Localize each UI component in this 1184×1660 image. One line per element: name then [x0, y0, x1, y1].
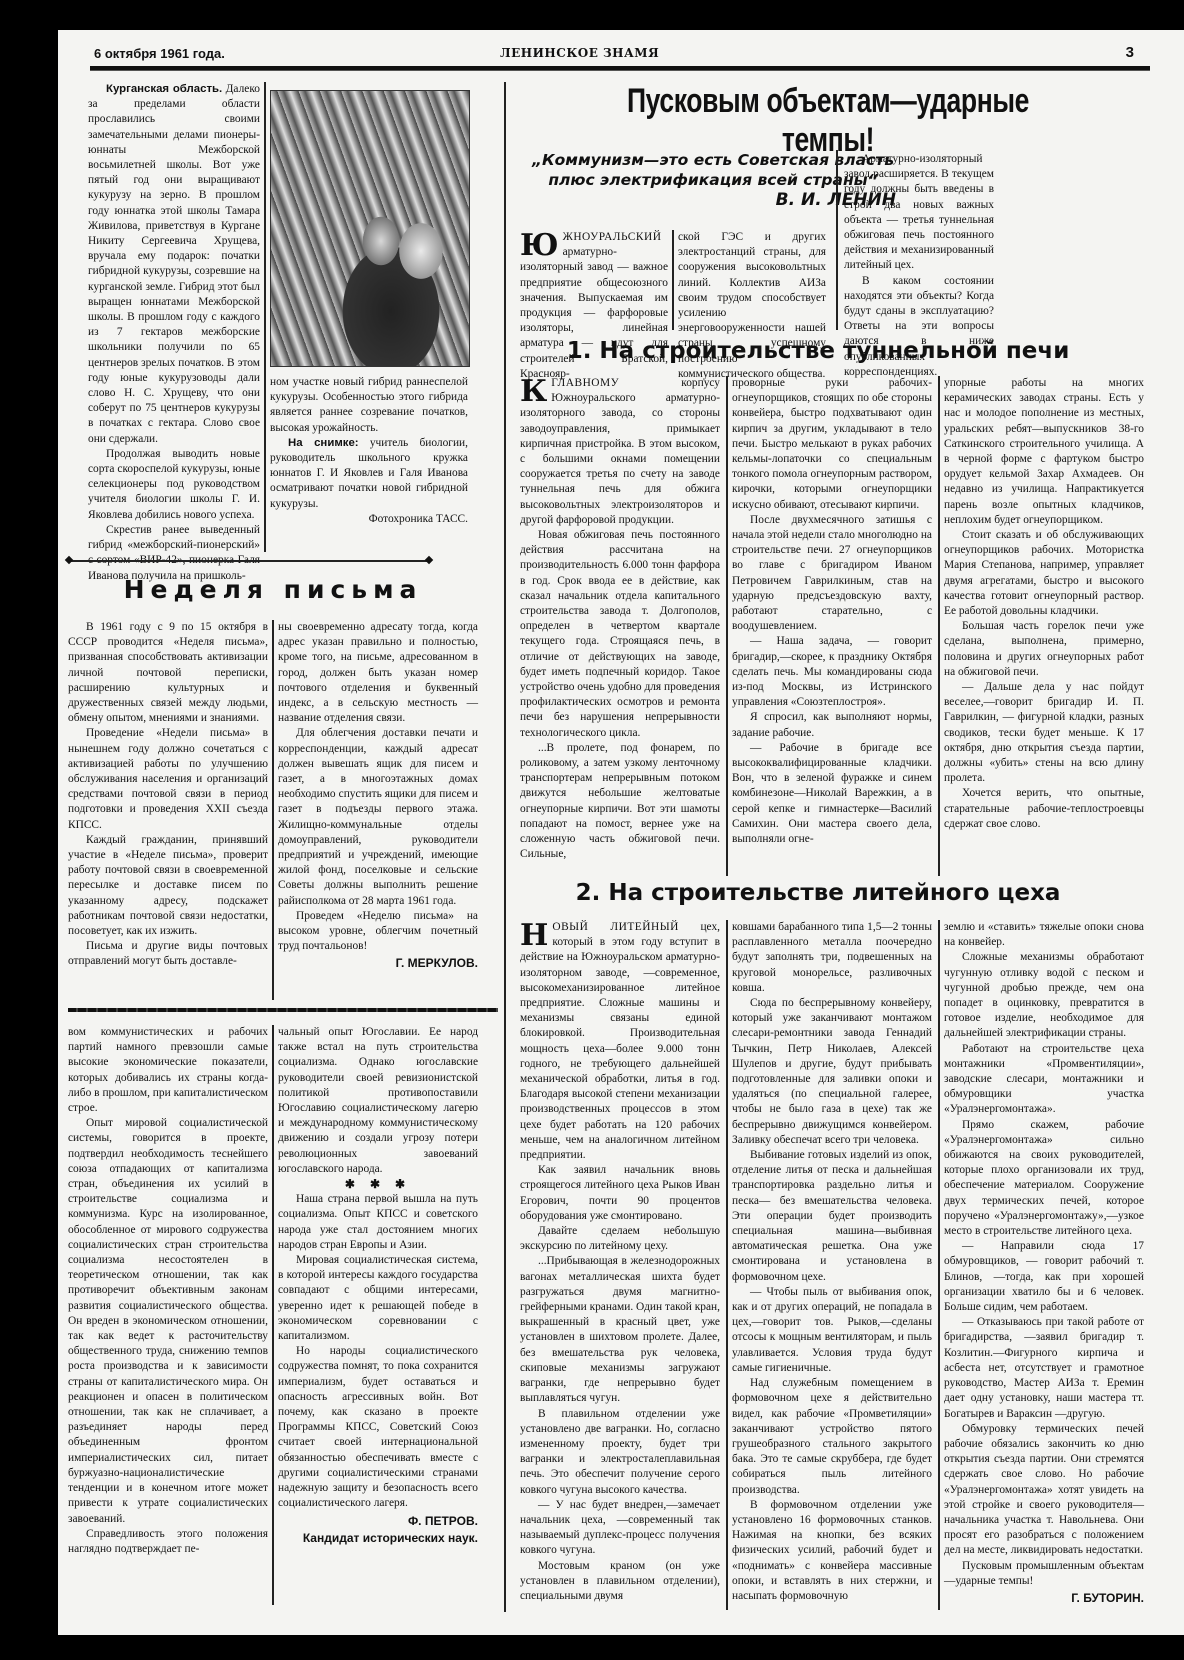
signature: Г. МЕРКУЛОВ. — [278, 956, 478, 971]
photo-caption: ном участке новый гибрид раннеспелой кук… — [270, 375, 468, 527]
section1-col1: КГЛАВНОМУ корпусу Южноуральского арматур… — [520, 376, 720, 863]
letter-week-col2: ны своевременно адресату тогда, когда ад… — [278, 620, 478, 972]
paragraph: В плавильном отделении уже установлено д… — [520, 1407, 720, 1498]
kurgan-paragraph: Далеко за пределами области прославились… — [88, 83, 260, 445]
paragraph: цех, который в этом году вступит в дейст… — [520, 921, 720, 1161]
lenin-quote: „Коммунизм—это есть Советская власть плю… — [528, 150, 898, 190]
paragraph: Проведение «Недели письма» в нынешнем го… — [68, 726, 268, 832]
paragraph: ны своевременно адресату тогда, когда ад… — [278, 620, 478, 726]
paragraph: Новая обжиговая печь постоянного действи… — [520, 528, 720, 741]
paragraph: — Дальше дела у нас пойдут веселее,—гово… — [944, 680, 1144, 786]
paragraph: вом коммунистических и рабочих партий на… — [68, 1025, 268, 1116]
main-headline: Пусковым объектам—ударные темпы! — [594, 82, 1062, 160]
lead-caps: ЖНОУРАЛЬСКИЙ — [563, 231, 662, 243]
column-divider — [264, 82, 266, 552]
paragraph: — Отказываюсь при такой работе от бригад… — [944, 1315, 1144, 1421]
paragraph: — Рабочие в бригаде все высококвалифицир… — [732, 741, 932, 847]
paragraph: В каком состоянии находятся эти объекты?… — [844, 274, 994, 380]
lead-caps: ГЛАВНОМУ — [551, 377, 619, 389]
column-divider — [938, 920, 940, 1610]
paragraph: Справедливость этого положения наглядно … — [68, 1527, 268, 1557]
section1-col2: проворные руки рабочих-огнеупорщиков, ст… — [732, 376, 932, 847]
newspaper-page: 6 октября 1961 года. ЛЕНИНСКОЕ ЗНАМЯ 3 К… — [58, 30, 1184, 1635]
paragraph: Опыт мировой социалистической системы, г… — [68, 1116, 268, 1526]
paragraph: Сложные механизмы обработают чугунную от… — [944, 950, 1144, 1041]
paragraph: Мировая социалистическая система, в кото… — [278, 1253, 478, 1344]
dropcap: Н — [520, 922, 548, 950]
paragraph: Письма и другие виды почтовых отправлени… — [68, 939, 268, 969]
column-divider — [672, 230, 674, 330]
paragraph: Каждый гражданин, принявший участие в «Н… — [68, 833, 268, 939]
page-header: 6 октября 1961 года. ЛЕНИНСКОЕ ЗНАМЯ 3 — [88, 46, 1146, 66]
paragraph: Проведем «Неделю письма» на высоком уров… — [278, 909, 478, 955]
paragraph: чальный опыт Югославии. Ее народ также в… — [278, 1025, 478, 1177]
cornfield-photo — [270, 90, 470, 367]
ornament-diamond — [425, 556, 433, 564]
socialism-col2: чальный опыт Югославии. Ее народ также в… — [278, 1025, 478, 1546]
ornament-diamond — [65, 556, 73, 564]
paragraph: Обмуровку термических печей рабочие обяз… — [944, 1422, 1144, 1559]
column-divider — [938, 376, 940, 876]
photo-credit: Фотохроника ТАСС. — [270, 512, 468, 527]
column-divider — [504, 82, 506, 1612]
paragraph: В формовочном отделении уже установлено … — [732, 1498, 932, 1604]
newspaper-title: ЛЕНИНСКОЕ ЗНАМЯ — [500, 46, 659, 60]
socialism-col1: вом коммунистических и рабочих партий на… — [68, 1025, 268, 1557]
paragraph: Арматурно-изоляторный завод расширяется.… — [844, 152, 994, 274]
letter-week-title: Неделя письма — [58, 575, 488, 604]
lead-caps: ОВЫЙ ЛИТЕЙНЫЙ — [552, 921, 679, 933]
issue-date: 6 октября 1961 года. — [94, 46, 225, 61]
dropcap: Ю — [520, 232, 559, 260]
paragraph: — У нас будет внедрен,—замечает начальни… — [520, 1498, 720, 1559]
paragraph: В 1961 году с 9 по 15 октября в СССР про… — [68, 620, 268, 726]
paragraph: Давайте сделаем небольшую экскурсию по л… — [520, 1224, 720, 1254]
section-separator — [68, 1008, 498, 1012]
letter-week-col1: В 1961 году с 9 по 15 октября в СССР про… — [68, 620, 268, 970]
page-number: 3 — [1126, 44, 1134, 61]
paragraph: землю и «ставить» тяжелые опоки снова на… — [944, 920, 1144, 950]
kurgan-continued: ном участке новый гибрид раннеспелой кук… — [270, 375, 468, 436]
paragraph: — Наша задача, — говорит бригадир,—скоре… — [732, 634, 932, 710]
section-separator — [68, 560, 428, 562]
paragraph: Большая часть горелок печи уже сделана, … — [944, 619, 1144, 680]
kurgan-article: Курганская область. Далеко за пределами … — [88, 82, 260, 584]
paragraph: упорные работы на многих керамических за… — [944, 376, 1144, 528]
signature: Ф. ПЕТРОВ. — [278, 1514, 478, 1529]
paragraph: — Чтобы пыль от выбивания опок, как и от… — [732, 1285, 932, 1376]
paragraph: ...Прибывающая в железнодорожных вагонах… — [520, 1254, 720, 1406]
kurgan-lead: Курганская область. — [106, 83, 222, 95]
paragraph: Я спросил, как выполняют нормы, задание … — [732, 710, 932, 740]
paragraph: Над служебным помещением в формовочном ц… — [732, 1376, 932, 1498]
paragraph: Сюда по беспрерывному конвейеру, который… — [732, 996, 932, 1148]
column-divider — [726, 920, 728, 1610]
section1-col3: упорные работы на многих керамических за… — [944, 376, 1144, 832]
kurgan-paragraph: Продолжая выводить новые сорта скороспел… — [88, 447, 260, 523]
paragraph: ...В пролете, под фонарем, по роликовому… — [520, 741, 720, 863]
dropcap: К — [520, 378, 547, 406]
paragraph: Работают на строительстве цеха монтажник… — [944, 1042, 1144, 1118]
signature: Г. БУТОРИН. — [944, 1591, 1144, 1606]
paragraph: Мостовым краном (он уже установлен в пла… — [520, 1559, 720, 1605]
section-stars: ✱ ✱ ✱ — [278, 1177, 478, 1192]
paragraph: Как заявил начальник вновь строящегося л… — [520, 1163, 720, 1224]
paragraph: проворные руки рабочих-огнеупорщиков, ст… — [732, 376, 932, 513]
paragraph: — Направили сюда 17 обмуровщиков, — гово… — [944, 1239, 1144, 1315]
section2-col1: НОВЫЙ ЛИТЕЙНЫЙ цех, который в этом году … — [520, 920, 720, 1604]
section2-col2: ковшами барабанного типа 1,5—2 тонны рас… — [732, 920, 932, 1604]
paragraph: Наша страна первой вышла на путь социали… — [278, 1192, 478, 1253]
paragraph: Для облегчения доставки печати и корресп… — [278, 726, 478, 908]
paragraph: Пусковым промышленным объектам —ударные … — [944, 1559, 1144, 1589]
paragraph: ковшами барабанного типа 1,5—2 тонны рас… — [732, 920, 932, 996]
section1-title: 1. На строительстве туннельной печи — [518, 338, 1118, 364]
paragraph: Хочется верить, что опытные, старательны… — [944, 786, 1144, 832]
paragraph: Прямо скажем, рабочие «Уралэнергомонтажа… — [944, 1118, 1144, 1240]
caption-lead: На снимке: — [288, 437, 359, 449]
paragraph: корпусу Южноуральского арматурно-изолято… — [520, 377, 720, 526]
column-divider — [836, 150, 838, 330]
signature-title: Кандидат исторических наук. — [278, 1531, 478, 1546]
section2-title: 2. На строительстве литейного цеха — [518, 880, 1118, 906]
column-divider — [726, 376, 728, 876]
header-rule — [90, 66, 1150, 71]
paragraph: Но народы социалистического содружества … — [278, 1344, 478, 1511]
column-divider — [272, 620, 274, 1000]
section2-col3: землю и «ставить» тяжелые опоки снова на… — [944, 920, 1144, 1606]
column-divider — [272, 1025, 274, 1605]
paragraph: Стоит сказать и об обслуживающих огнеупо… — [944, 528, 1144, 619]
paragraph: После двухмесячного затишья с начала это… — [732, 513, 932, 635]
paragraph: Выбивание готовых изделий из опок, отдел… — [732, 1148, 932, 1285]
